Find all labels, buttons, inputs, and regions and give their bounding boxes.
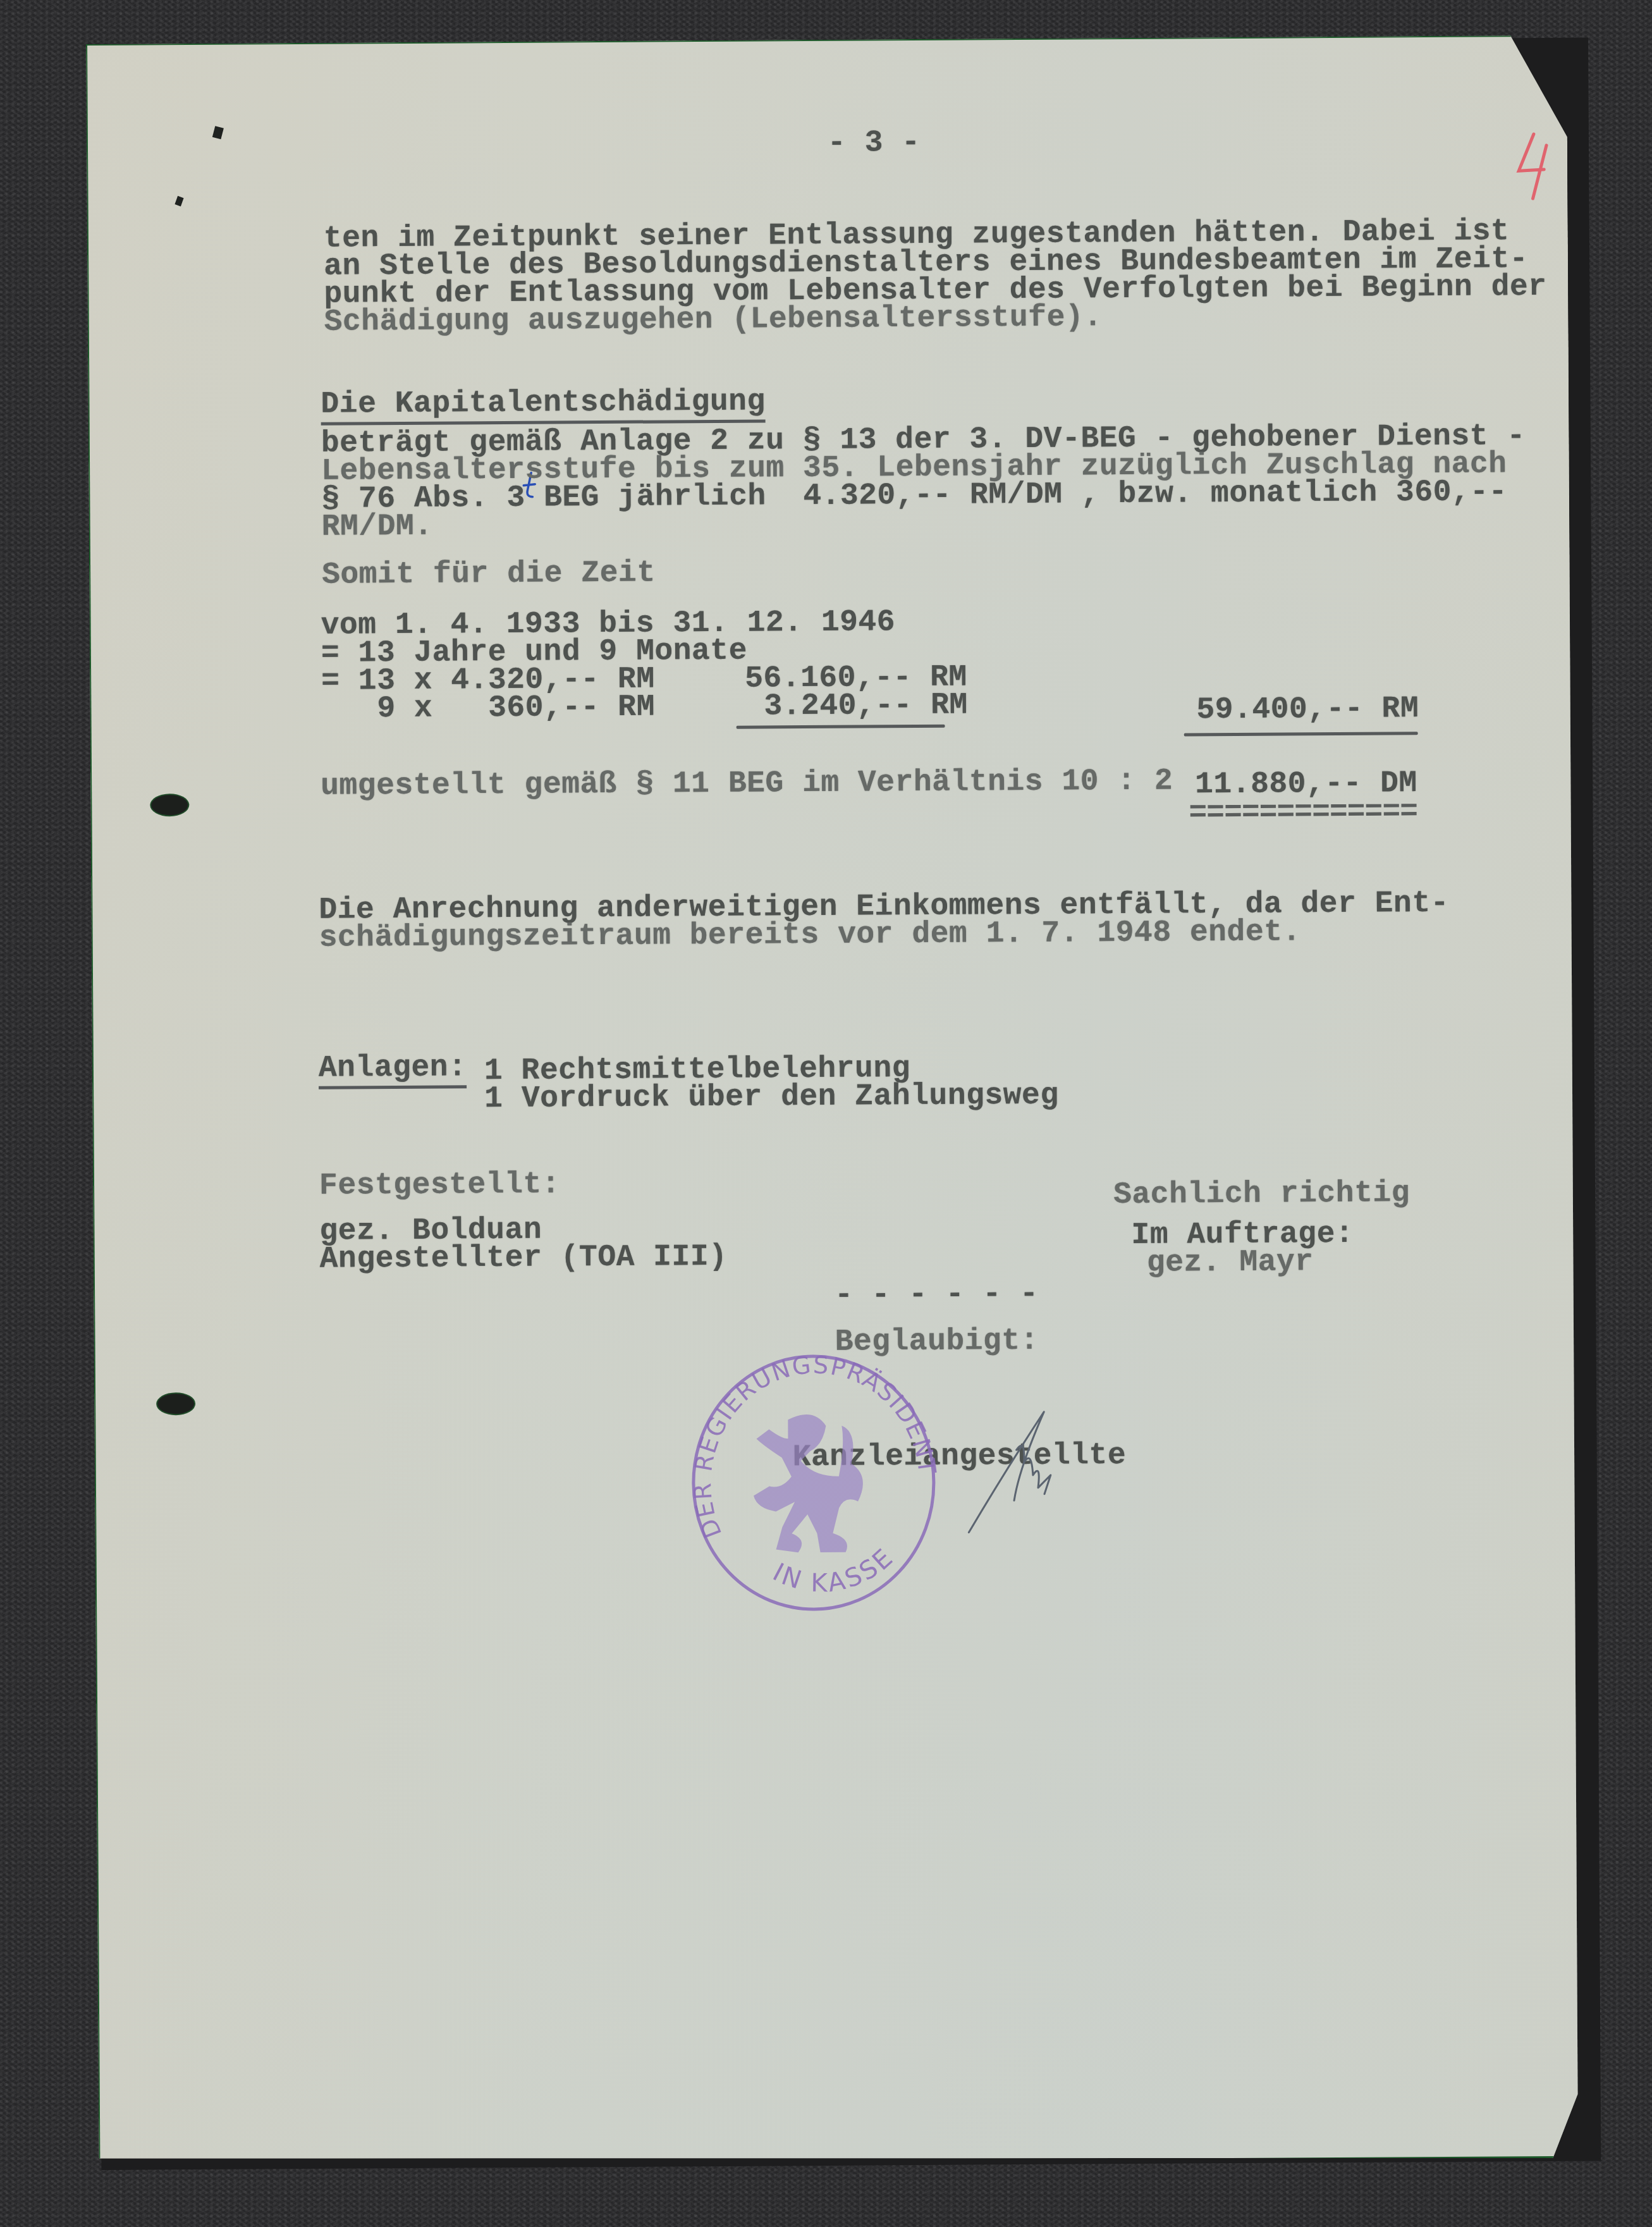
signature-left-title: Angestellter (TOA III) xyxy=(320,1243,728,1273)
section-line-3: § 76 Abs. 3 BEG jährlich 4.320,-- RM/DM … xyxy=(321,478,1507,513)
page-number: - 3 - xyxy=(828,129,921,157)
section-heading: Die Kapitalentschädigung xyxy=(321,388,766,418)
converted-total: 11.880,-- DM xyxy=(1195,770,1417,799)
conversion-label: umgestellt gemäß § 11 BEG im Verhältnis … xyxy=(321,768,1173,801)
signature-left-label: Festgestellt: xyxy=(319,1170,560,1199)
document-page: - 3 - ten im Zeitpunkt seiner Entlassung… xyxy=(86,35,1579,2167)
lion-emblem-icon xyxy=(753,1414,863,1553)
subtotal-underline xyxy=(737,725,945,729)
handwritten-signature xyxy=(955,1399,1095,1538)
certification-dashes: - - - - - - xyxy=(835,1280,1039,1310)
punch-hole-top xyxy=(151,795,188,815)
total-underline xyxy=(1184,732,1418,736)
staple-mark-bottom xyxy=(174,196,183,207)
section-heading-text: Die Kapitalentschädigung xyxy=(321,384,766,425)
attachment-item-2: 1 Vordruck über den Zahlungsweg xyxy=(484,1082,1059,1113)
signature-right-label: Sachlich richtig xyxy=(1113,1179,1410,1209)
signature-right-signed: gez. Mayr xyxy=(1147,1248,1314,1277)
staple-mark-top xyxy=(212,126,224,139)
converted-total-double-underline: ============= xyxy=(1189,795,1417,830)
punch-hole-bottom xyxy=(157,1394,194,1414)
attachments-label-text: Anlagen: xyxy=(319,1050,467,1089)
section-line-4: RM/DM. xyxy=(322,513,433,541)
attachments-label: Anlagen: xyxy=(319,1053,467,1082)
calc-row-2-amount: 3.240,-- RM xyxy=(764,691,968,720)
archive-page-number-handwritten xyxy=(1514,132,1552,201)
intro-line-4: Schädigung auszugehen (Lebensaltersstufe… xyxy=(324,304,1103,336)
official-stamp: DER REGIERUNGSPRÄSIDENT IN KASSEL xyxy=(687,1349,941,1616)
income-note-line-2: schädigungszeitraum bereits vor dem 1. 7… xyxy=(319,918,1301,952)
calc-row-2-formula: 9 x 360,-- RM xyxy=(321,694,655,723)
period-intro: Somit für die Zeit xyxy=(322,560,656,589)
calc-total: 59.400,-- RM xyxy=(1196,695,1419,724)
